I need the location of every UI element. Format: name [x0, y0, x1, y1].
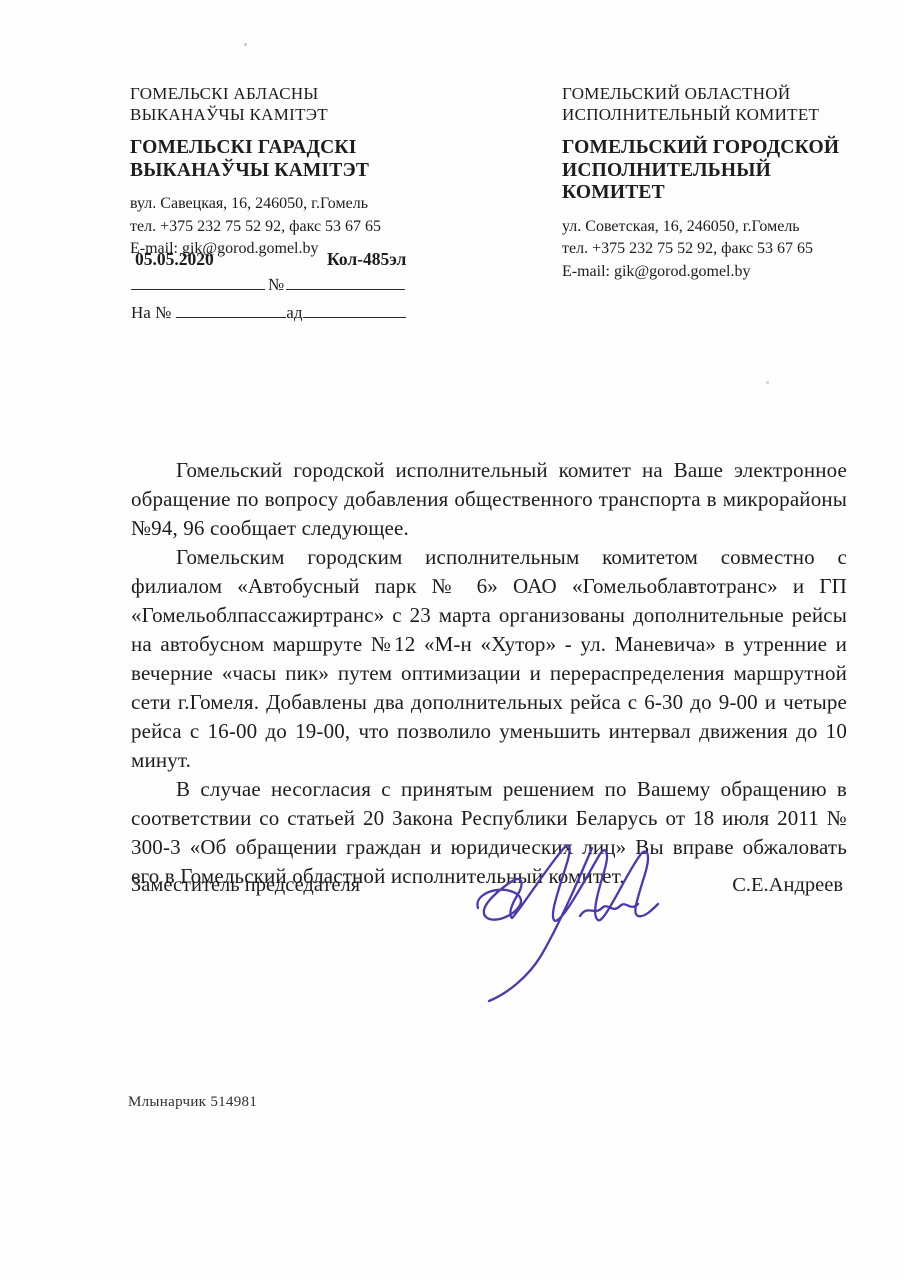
reply-number-blank-line: [176, 302, 286, 318]
signature-stroke-main: [477, 845, 658, 920]
org-name-line-2: ВЫКАНАЎЧЫ КАМІТЭТ: [130, 160, 490, 183]
body-paragraph-2: Гомельским городским исполнительным коми…: [131, 543, 847, 775]
body-paragraph-1: Гомельский городской исполнительный коми…: [131, 456, 847, 543]
incoming-number-row: На №ад: [131, 302, 406, 323]
letterhead-left: ГОМЕЛЬСКІ АБЛАСНЫ ВЫКАНАЎЧЫ КАМІТЭТ ГОМЕ…: [130, 84, 490, 261]
parent-org-line-1: ГОМЕЛЬСКІ АБЛАСНЫ: [130, 84, 490, 105]
email-line: E-mail: gik@gorod.gomel.by: [562, 261, 872, 284]
reply-date-label: ад: [286, 303, 302, 322]
outgoing-number-row: №: [131, 274, 405, 295]
reply-date-blank-line: [303, 302, 406, 318]
number-blank-line: [286, 274, 405, 290]
parent-org-line-2: ВЫКАНАЎЧЫ КАМІТЭТ: [130, 105, 490, 126]
reply-label: На №: [131, 303, 171, 322]
letter-date: 05.05.2020: [135, 249, 214, 270]
address-line: вул. Савецкая, 16, 246050, г.Гомель: [130, 193, 490, 216]
org-name-line-1: ГОМЕЛЬСКІ ГАРАДСКІ: [130, 137, 490, 160]
date-blank-line: [131, 274, 265, 290]
signoff-name: С.Е.Андреев: [732, 874, 843, 897]
number-sign: №: [268, 275, 284, 294]
phone-line: тел. +375 232 75 52 92, факс 53 67 65: [562, 238, 872, 261]
executor-note: Млынарчик 514981: [128, 1094, 257, 1111]
scan-speck: [244, 43, 247, 46]
scan-speck: [766, 381, 769, 384]
phone-line: тел. +375 232 75 52 92, факс 53 67 65: [130, 216, 490, 239]
letterhead-right: ГОМЕЛЬСКИЙ ОБЛАСТНОЙ ИСПОЛНИТЕЛЬНЫЙ КОМИ…: [562, 84, 872, 283]
org-name-line-1: ГОМЕЛЬСКИЙ ГОРОДСКОЙ: [562, 137, 872, 160]
address-line: ул. Советская, 16, 246050, г.Гомель: [562, 216, 872, 239]
org-name-line-2: ИСПОЛНИТЕЛЬНЫЙ КОМИТЕТ: [562, 160, 872, 205]
signature-stroke-tail: [489, 848, 592, 1001]
parent-org-line-2: ИСПОЛНИТЕЛЬНЫЙ КОМИТЕТ: [562, 105, 872, 126]
letter-page: ГОМЕЛЬСКІ АБЛАСНЫ ВЫКАНАЎЧЫ КАМІТЭТ ГОМЕ…: [0, 0, 904, 1280]
signature-ink: [448, 826, 678, 1016]
letter-ref-code: Кол-485эл: [327, 249, 406, 270]
signoff-title: Заместитель председателя: [131, 874, 360, 897]
parent-org-line-1: ГОМЕЛЬСКИЙ ОБЛАСТНОЙ: [562, 84, 872, 105]
